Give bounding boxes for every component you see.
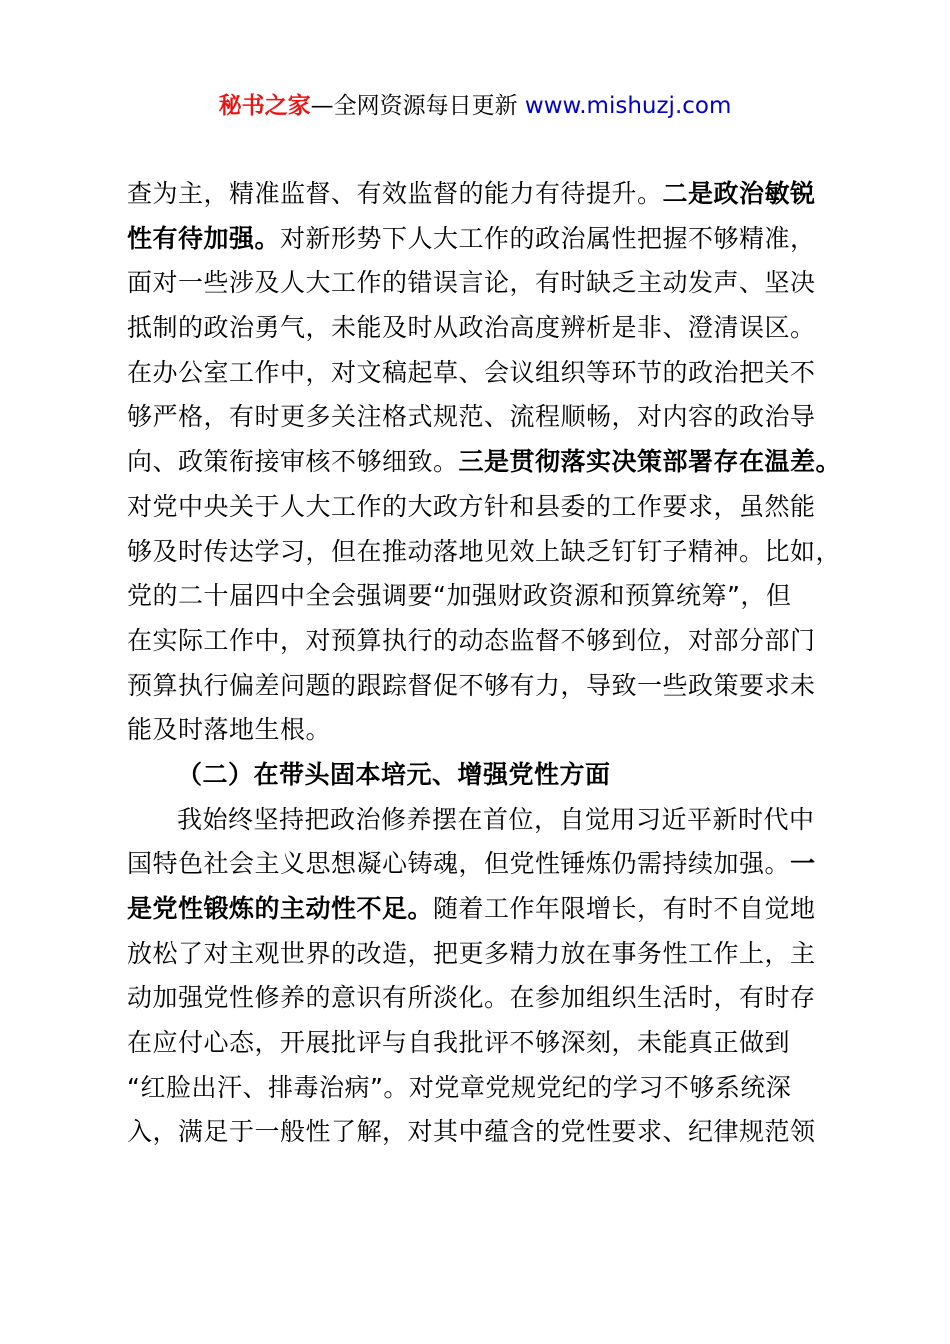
- text-segment: 够及时传达学习，但在推动落地见效上缺乏钉钉子精神。比如，: [127, 537, 841, 566]
- paragraph-line: 放松了对主观世界的改造，把更多精力放在事务性工作上，主: [127, 932, 833, 977]
- paragraph-line: 在实际工作中，对预算执行的动态监督不够到位，对部分部门: [127, 619, 833, 664]
- paragraph-line: 党的二十届四中全会强调要“加强财政资源和预算统筹”，但: [127, 574, 833, 619]
- paragraph-line: “红脸出汗、排毒治病”。对党章党规党纪的学习不够系统深: [127, 1066, 833, 1111]
- paragraph-line: 够严格，有时更多关注格式规范、流程顺畅，对内容的政治导: [127, 395, 833, 440]
- bold-text-segment: 三是贯彻落实决策部署存在温差。: [459, 447, 842, 476]
- header-tagline: —全网资源每日更新: [311, 93, 518, 119]
- text-segment: 国特色社会主义思想凝心铸魂，但党性锤炼仍需持续加强。: [127, 849, 790, 878]
- text-segment: 抵制的政治勇气，未能及时从政治高度辨析是非、澄清误区。: [127, 313, 816, 342]
- paragraph-line: 入，满足于一般性了解，对其中蕴含的党性要求、纪律规范领: [127, 1110, 833, 1155]
- text-segment: 查为主，精准监督、有效监督的能力有待提升。: [127, 179, 663, 208]
- text-segment: 在实际工作中，对预算执行的动态监督不够到位，对部分部门: [127, 626, 816, 655]
- bold-text-segment: 二是政治敏锐: [663, 179, 816, 208]
- bold-text-segment: （二）在带头固本培元、增强党性方面: [177, 760, 611, 789]
- page-header: 秘书之家—全网资源每日更新 www.mishuzj.com: [0, 86, 950, 126]
- text-segment: 对党中央关于人大工作的大政方针和县委的工作要求，虽然能: [127, 492, 816, 521]
- bold-text-segment: 一: [790, 849, 816, 878]
- paragraph-line: 抵制的政治勇气，未能及时从政治高度辨析是非、澄清误区。: [127, 306, 833, 351]
- text-segment: 入，满足于一般性了解，对其中蕴含的党性要求、纪律规范领: [127, 1117, 816, 1146]
- paragraph-line: 在应付心态，开展批评与自我批评不够深刻，未能真正做到: [127, 1021, 833, 1066]
- paragraph-line: 动加强党性修养的意识有所淡化。在参加组织生活时，有时存: [127, 976, 833, 1021]
- text-segment: 随着工作年限增长，有时不自觉地: [433, 894, 816, 923]
- section-heading: （二）在带头固本培元、增强党性方面: [127, 753, 833, 798]
- text-segment: 对新形势下人大工作的政治属性把握不够精准，: [280, 224, 816, 253]
- paragraph-line: 查为主，精准监督、有效监督的能力有待提升。二是政治敏锐: [127, 172, 833, 217]
- paragraph-line: 在办公室工作中，对文稿起草、会议组织等环节的政治把关不: [127, 351, 833, 396]
- paragraph-line: 预算执行偏差问题的跟踪督促不够有力，导致一些政策要求未: [127, 664, 833, 709]
- text-segment: 面对一些涉及人大工作的错误言论，有时缺乏主动发声、坚决: [127, 268, 816, 297]
- paragraph-line: 性有待加强。对新形势下人大工作的政治属性把握不够精准，: [127, 217, 833, 262]
- header-url-link[interactable]: www.mishuzj.com: [518, 93, 732, 119]
- text-segment: 动加强党性修养的意识有所淡化。在参加组织生活时，有时存: [127, 983, 816, 1012]
- text-segment: 我始终坚持把政治修养摆在首位，自觉用习近平新时代中: [177, 805, 815, 834]
- paragraph-line: 能及时落地生根。: [127, 708, 833, 753]
- paragraph-line: 面对一些涉及人大工作的错误言论，有时缺乏主动发声、坚决: [127, 261, 833, 306]
- paragraph-line: 国特色社会主义思想凝心铸魂，但党性锤炼仍需持续加强。一: [127, 842, 833, 887]
- brand-name: 秘书之家: [219, 93, 311, 119]
- text-segment: 能及时落地生根。: [127, 715, 331, 744]
- text-segment: 预算执行偏差问题的跟踪督促不够有力，导致一些政策要求未: [127, 671, 816, 700]
- text-segment: 放松了对主观世界的改造，把更多精力放在事务性工作上，主: [127, 939, 816, 968]
- bold-text-segment: 是党性锻炼的主动性不足。: [127, 894, 433, 923]
- text-segment: 党的二十届四中全会强调要“加强财政资源和预算统筹”，但: [127, 581, 791, 610]
- paragraph-line: 是党性锻炼的主动性不足。随着工作年限增长，有时不自觉地: [127, 887, 833, 932]
- document-body: 查为主，精准监督、有效监督的能力有待提升。二是政治敏锐性有待加强。对新形势下人大…: [127, 172, 833, 1155]
- text-segment: “红脸出汗、排毒治病”。对党章党规党纪的学习不够系统深: [127, 1073, 791, 1102]
- paragraph-line: 够及时传达学习，但在推动落地见效上缺乏钉钉子精神。比如，: [127, 530, 833, 575]
- text-segment: 在应付心态，开展批评与自我批评不够深刻，未能真正做到: [127, 1028, 790, 1057]
- paragraph-line: 向、政策衔接审核不够细致。三是贯彻落实决策部署存在温差。: [127, 440, 833, 485]
- bold-text-segment: 性有待加强。: [127, 224, 280, 253]
- text-segment: 在办公室工作中，对文稿起草、会议组织等环节的政治把关不: [127, 358, 816, 387]
- text-segment: 够严格，有时更多关注格式规范、流程顺畅，对内容的政治导: [127, 402, 816, 431]
- text-segment: 向、政策衔接审核不够细致。: [127, 447, 459, 476]
- paragraph-line: 我始终坚持把政治修养摆在首位，自觉用习近平新时代中: [127, 798, 833, 843]
- paragraph-line: 对党中央关于人大工作的大政方针和县委的工作要求，虽然能: [127, 485, 833, 530]
